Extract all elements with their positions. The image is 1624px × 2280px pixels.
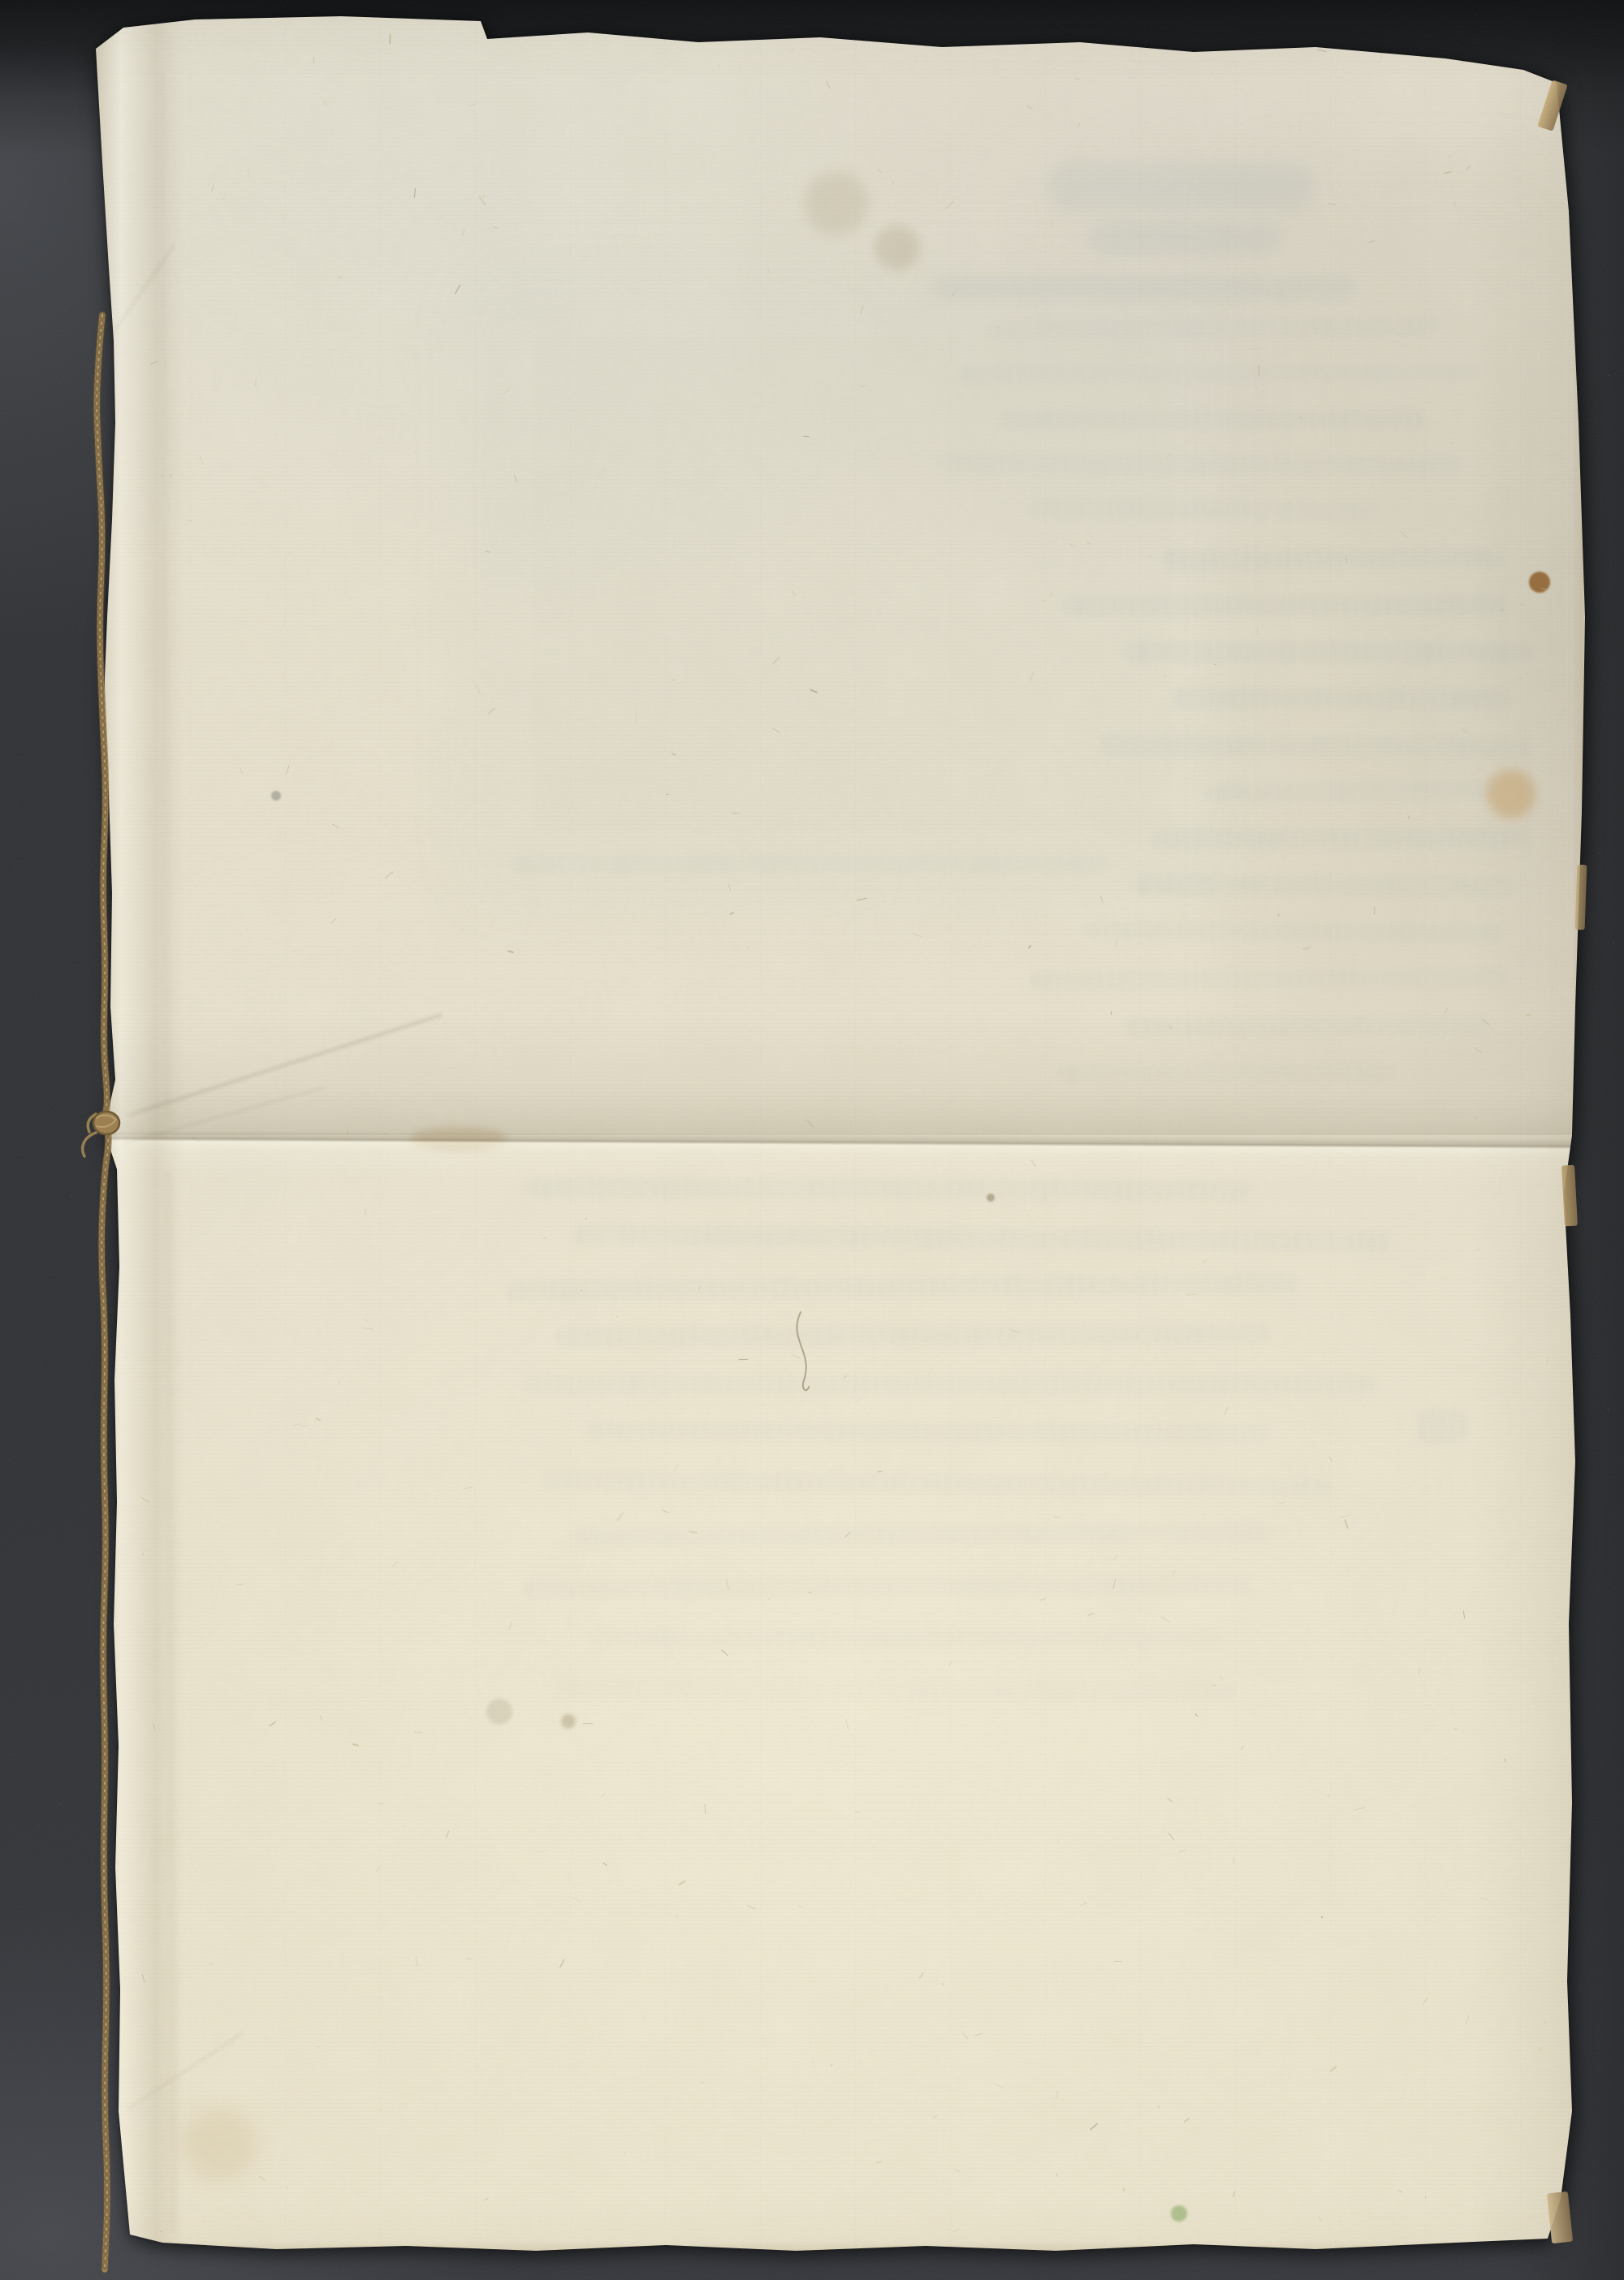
paper-vignette <box>0 0 1624 2280</box>
paper-sheet <box>0 0 1624 2280</box>
paper-fiber-speck <box>934 41 937 46</box>
top-edge-tint <box>0 0 1624 11</box>
right-edge-tint <box>1572 0 1593 2280</box>
scanned-document-stage <box>0 0 1624 2280</box>
paper-sheet-wrapper <box>0 0 1624 2280</box>
